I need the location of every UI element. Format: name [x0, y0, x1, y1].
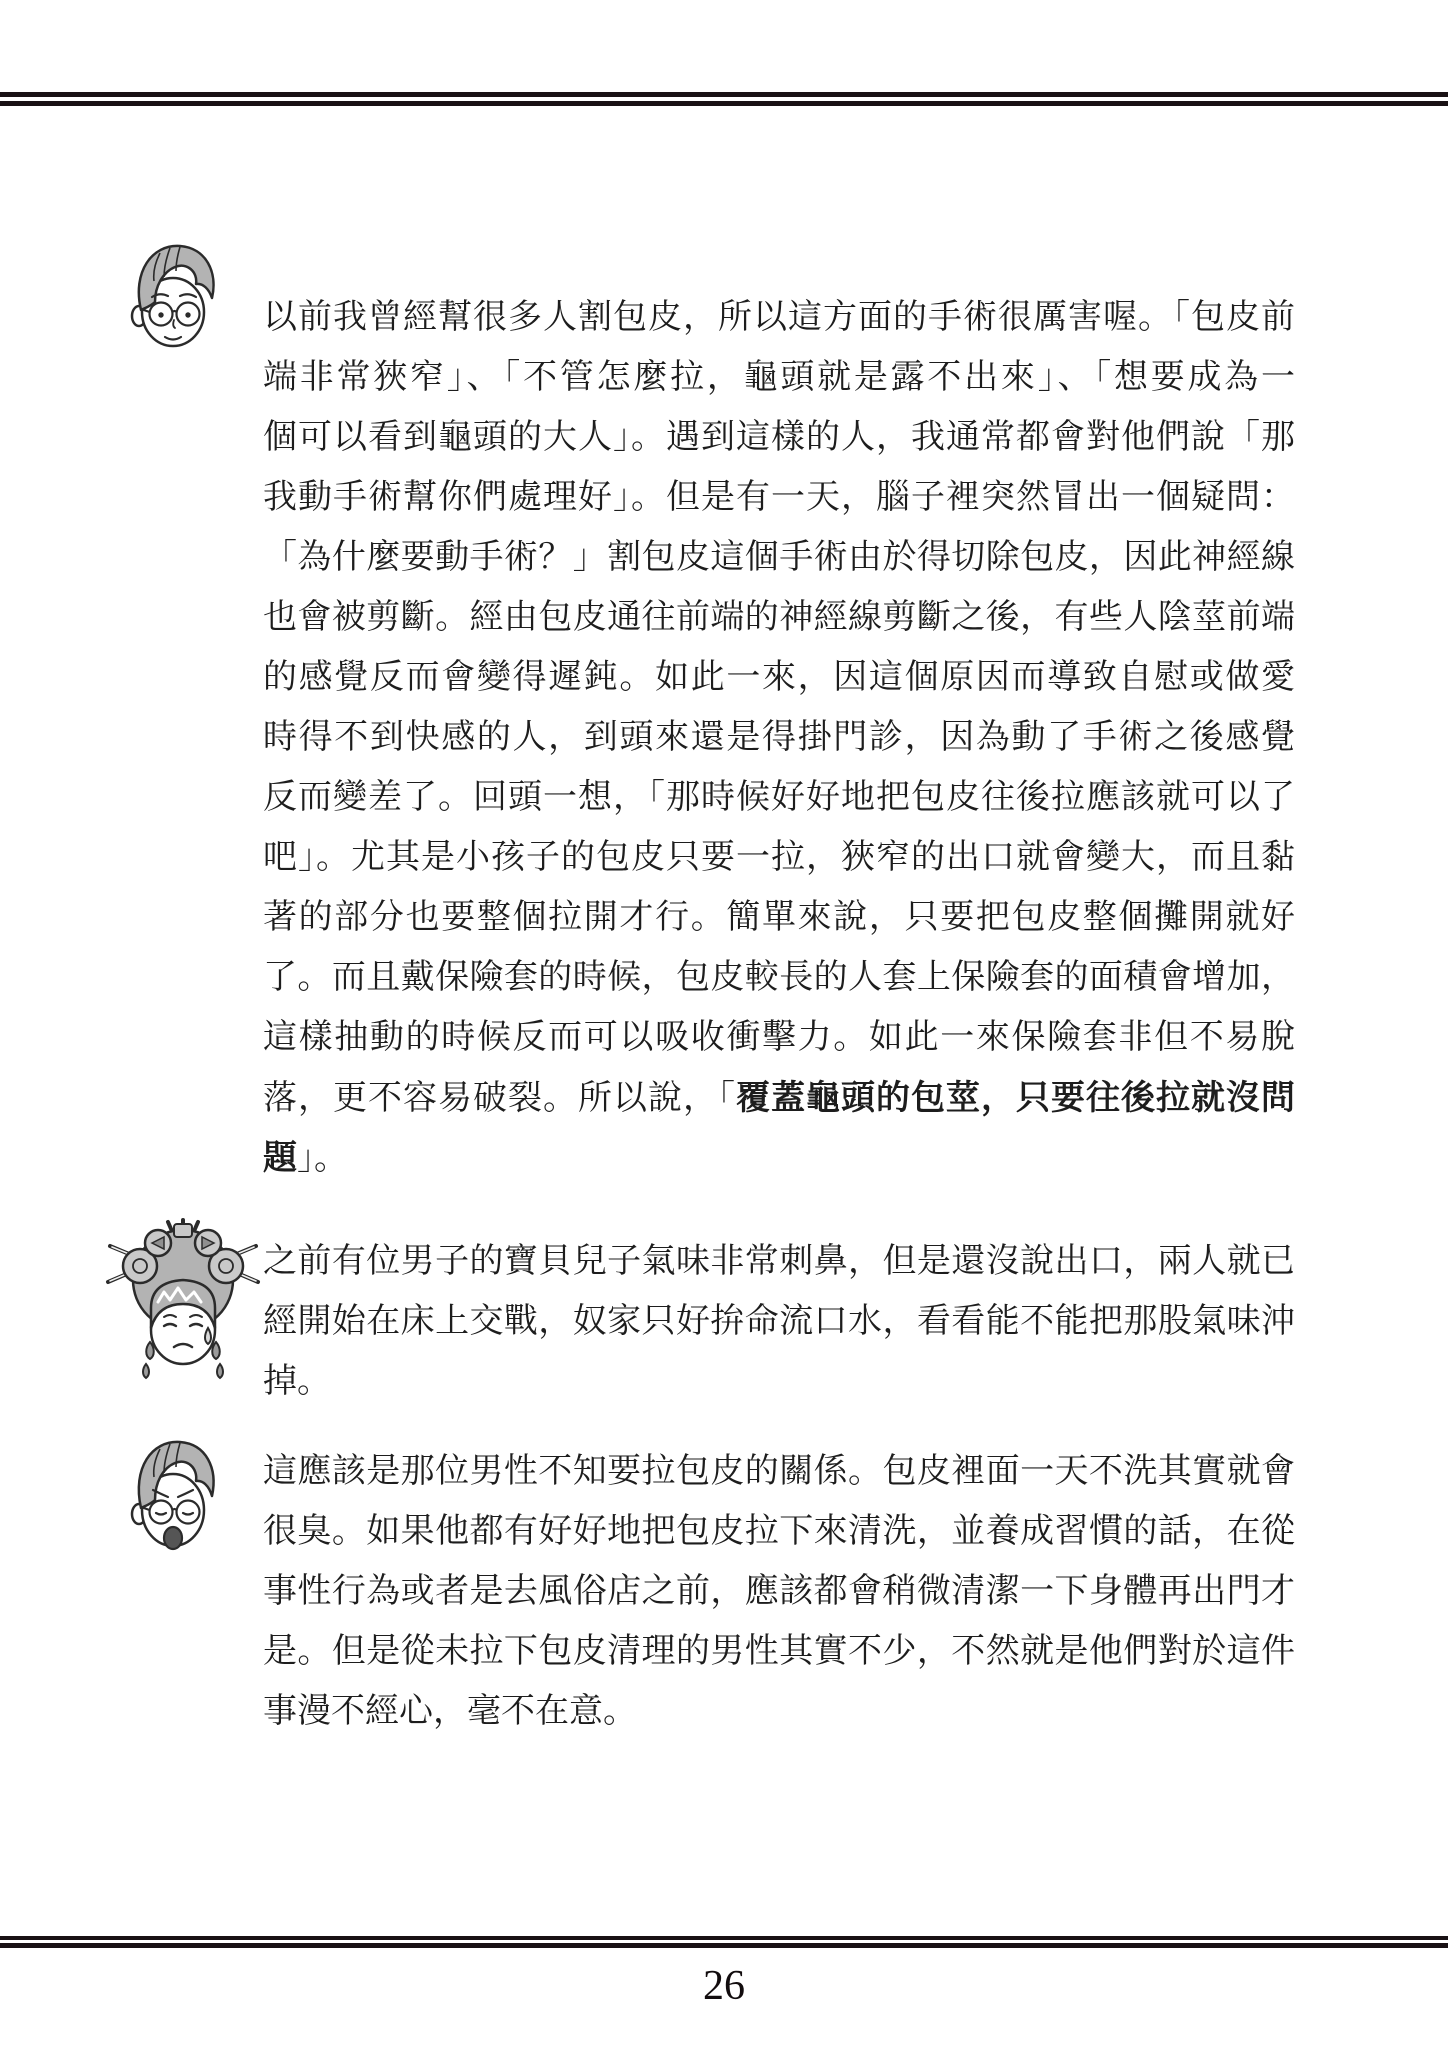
- dialogue-text-segment: 事漫不經心，毫不在意。: [263, 1693, 637, 1730]
- dialogue-text-oiran: 之前有位男子的寶貝兒子氣味非常刺鼻，但是還沒說出口，兩人就已經開始在床上交戰，奴…: [263, 1232, 1295, 1412]
- dialogue-text-segment: 我動手術幫你們處理好」。但是有一天，腦子裡突然冒出一個疑問：: [263, 479, 1295, 516]
- dialogue-text-segment: 是。但是從未拉下包皮清理的男性其實不少，不然就是他們對於這件: [263, 1633, 1295, 1670]
- dialogue-text-line: 之前有位男子的寶貝兒子氣味非常刺鼻，但是還沒說出口，兩人就已: [263, 1232, 1295, 1292]
- dialogue-text-line: 「為什麼要動手術？」割包皮這個手術由於得切除包皮，因此神經線: [263, 528, 1295, 588]
- dialogue-text-segment: 這樣抽動的時候反而可以吸收衝擊力。如此一來保險套非但不易脫: [263, 1019, 1295, 1056]
- dialogue-text-bold-segment: 覆蓋龜頭的包莖，只要往後拉就沒問: [736, 1079, 1295, 1117]
- dialogue-text-line: 的感覺反而會變得遲鈍。如此一來，因這個原因而導致自慰或做愛: [263, 648, 1295, 708]
- dialogue-text-line: 我動手術幫你們處理好」。但是有一天，腦子裡突然冒出一個疑問：: [263, 468, 1295, 528]
- bottom-border-line-2: [0, 1943, 1448, 1948]
- dialogue-text-line: 掉。: [263, 1352, 1295, 1412]
- dialogue-text-segment: 「為什麼要動手術？」割包皮這個手術由於得切除包皮，因此神經線: [263, 539, 1295, 576]
- dialogue-text-line: 吧」。尤其是小孩子的包皮只要一拉，狹窄的出口就會變大，而且黏: [263, 828, 1295, 888]
- dialogue-text-line: 落，更不容易破裂。所以說，「覆蓋龜頭的包莖，只要往後拉就沒問: [263, 1068, 1295, 1128]
- dialogue-text-segment: 落，更不容易破裂。所以說，「: [263, 1080, 736, 1117]
- dialogue-text-line: 時得不到快感的人，到頭來還是得掛門診，因為動了手術之後感覺: [263, 708, 1295, 768]
- dialogue-text-segment: 」。: [297, 1140, 348, 1177]
- dialogue-text-segment: 了。而且戴保險套的時候，包皮較長的人套上保險套的面積會增加，: [263, 959, 1295, 996]
- page-number: 26: [0, 1962, 1448, 2010]
- dialogue-text-segment: 反而變差了。回頭一想，「那時候好好地把包皮往後拉應該就可以了: [263, 779, 1295, 816]
- dialogue-text-line: 是。但是從未拉下包皮清理的男性其實不少，不然就是他們對於這件: [263, 1622, 1295, 1682]
- dialogue-text-bold-segment: 題: [263, 1139, 297, 1177]
- dialogue-text-segment: 端非常狹窄」、「不管怎麼拉，龜頭就是露不出來」、「想要成為一: [263, 359, 1295, 396]
- dialogue-text-line: 著的部分也要整個拉開才行。簡單來說，只要把包皮整個攤開就好: [263, 888, 1295, 948]
- oiran-crying-avatar-icon: [104, 1216, 262, 1396]
- dialogue-text-line: 個可以看到龜頭的大人」。遇到這樣的人，我通常都會對他們說「那: [263, 408, 1295, 468]
- bottom-border-line-1: [0, 1936, 1448, 1940]
- dialogue-text-line: 題」。: [263, 1128, 1295, 1188]
- dialogue-text-line: 反而變差了。回頭一想，「那時候好好地把包皮往後拉應該就可以了: [263, 768, 1295, 828]
- dialogue-text-line: 這應該是那位男性不知要拉包皮的關係。包皮裡面一天不洗其實就會: [263, 1442, 1295, 1502]
- dialogue-text-segment: 事性行為或者是去風俗店之前，應該都會稍微清潔一下身體再出門才: [263, 1573, 1295, 1610]
- doctor-shocked-avatar-icon: [124, 1428, 220, 1568]
- dialogue-text-segment: 以前我曾經幫很多人割包皮，所以這方面的手術很厲害喔。「包皮前: [263, 299, 1295, 336]
- dialogue-text-segment: 之前有位男子的寶貝兒子氣味非常刺鼻，但是還沒說出口，兩人就已: [263, 1243, 1295, 1280]
- dialogue-text-segment: 掉。: [263, 1363, 331, 1400]
- dialogue-text-doctor-1: 以前我曾經幫很多人割包皮，所以這方面的手術很厲害喔。「包皮前端非常狹窄」、「不管…: [263, 288, 1295, 1188]
- top-border-line-2: [0, 101, 1448, 106]
- dialogue-text-segment: 也會被剪斷。經由包皮通往前端的神經線剪斷之後，有些人陰莖前端: [263, 599, 1295, 636]
- doctor-calm-avatar-icon: [124, 234, 218, 358]
- dialogue-text-segment: 著的部分也要整個拉開才行。簡單來說，只要把包皮整個攤開就好: [263, 899, 1295, 936]
- dialogue-text-line: 端非常狹窄」、「不管怎麼拉，龜頭就是露不出來」、「想要成為一: [263, 348, 1295, 408]
- dialogue-text-segment: 吧」。尤其是小孩子的包皮只要一拉，狹窄的出口就會變大，而且黏: [263, 839, 1295, 876]
- dialogue-text-line: 以前我曾經幫很多人割包皮，所以這方面的手術很厲害喔。「包皮前: [263, 288, 1295, 348]
- dialogue-text-line: 這樣抽動的時候反而可以吸收衝擊力。如此一來保險套非但不易脫: [263, 1008, 1295, 1068]
- dialogue-text-line: 很臭。如果他都有好好地把包皮拉下來清洗，並養成習慣的話，在從: [263, 1502, 1295, 1562]
- dialogue-text-line: 事性行為或者是去風俗店之前，應該都會稍微清潔一下身體再出門才: [263, 1562, 1295, 1622]
- dialogue-text-line: 經開始在床上交戰，奴家只好拚命流口水，看看能不能把那股氣味沖: [263, 1292, 1295, 1352]
- dialogue-text-segment: 很臭。如果他都有好好地把包皮拉下來清洗，並養成習慣的話，在從: [263, 1513, 1295, 1550]
- dialogue-text-segment: 個可以看到龜頭的大人」。遇到這樣的人，我通常都會對他們說「那: [263, 419, 1295, 456]
- dialogue-text-line: 事漫不經心，毫不在意。: [263, 1682, 1295, 1742]
- dialogue-text-segment: 時得不到快感的人，到頭來還是得掛門診，因為動了手術之後感覺: [263, 719, 1295, 756]
- dialogue-text-segment: 這應該是那位男性不知要拉包皮的關係。包皮裡面一天不洗其實就會: [263, 1453, 1295, 1490]
- book-page: 以前我曾經幫很多人割包皮，所以這方面的手術很厲害喔。「包皮前端非常狹窄」、「不管…: [0, 0, 1448, 2048]
- top-border-line-1: [0, 92, 1448, 97]
- dialogue-text-line: 也會被剪斷。經由包皮通往前端的神經線剪斷之後，有些人陰莖前端: [263, 588, 1295, 648]
- dialogue-text-doctor-2: 這應該是那位男性不知要拉包皮的關係。包皮裡面一天不洗其實就會很臭。如果他都有好好…: [263, 1442, 1295, 1742]
- dialogue-text-segment: 經開始在床上交戰，奴家只好拚命流口水，看看能不能把那股氣味沖: [263, 1303, 1295, 1340]
- dialogue-text-line: 了。而且戴保險套的時候，包皮較長的人套上保險套的面積會增加，: [263, 948, 1295, 1008]
- dialogue-text-segment: 的感覺反而會變得遲鈍。如此一來，因這個原因而導致自慰或做愛: [263, 659, 1295, 696]
